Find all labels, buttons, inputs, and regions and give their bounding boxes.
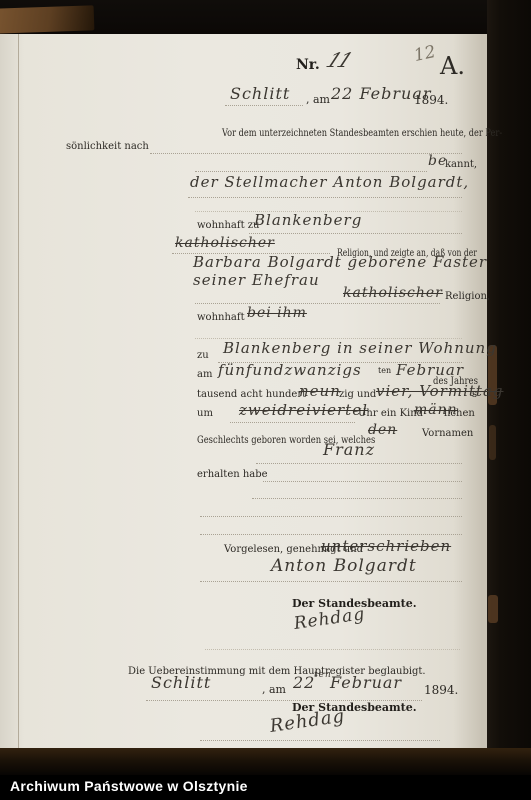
page-fold-crease	[18, 34, 19, 748]
zig-label: zig und	[339, 389, 376, 400]
year-unit-handwritten: vier, Vormittag	[376, 382, 504, 400]
fill-rule	[188, 197, 462, 198]
fill-rule	[263, 481, 462, 482]
fill-rule	[205, 649, 460, 650]
fill-rule	[225, 105, 303, 106]
erhalten-label: erhalten habe	[197, 469, 268, 480]
form-letter: A.	[440, 52, 465, 80]
birthday-handwritten: fünfundzwanzigs	[218, 361, 362, 379]
fill-rule	[200, 516, 462, 517]
residence-label: wohnhaft zu	[197, 220, 259, 231]
residence2-label: wohnhaft	[197, 312, 245, 323]
wife-line-handwritten: seiner Ehefrau	[193, 271, 320, 289]
dateline-year: 1894.	[414, 93, 448, 107]
certification-year: 1894.	[424, 683, 458, 697]
fill-rule	[195, 303, 440, 304]
religion2-handwritten: katholischer	[343, 285, 443, 301]
vornamen-label: Vornamen	[422, 428, 473, 439]
intro-line-1: Vor dem unterzeichneten Standesbeamten e…	[222, 128, 502, 139]
leather-corner	[0, 5, 94, 33]
thousand-label: tausend acht hundert	[197, 389, 306, 400]
dateline-place-handwritten: Schlitt	[230, 84, 290, 103]
certification-date-month: Februar	[330, 673, 402, 692]
unterschrieben-handwritten: unterschrieben	[321, 537, 451, 555]
lichen-label: lichen	[444, 408, 475, 419]
fill-rule	[195, 171, 427, 172]
intro-line-2: sönlichkeit nach	[66, 141, 149, 152]
fill-rule	[230, 422, 355, 423]
certification-am-label: , am	[262, 683, 286, 696]
religion1-handwritten: katholischer	[175, 235, 275, 251]
fill-rule	[252, 498, 462, 499]
time-handwritten: zweidreiviertel	[239, 401, 368, 419]
um-label: um	[197, 408, 213, 419]
archive-caption-bar: Archiwum Państwowe w Olsztynie	[0, 775, 531, 800]
spine-scuff	[489, 425, 496, 460]
certification-date-day: 22	[293, 673, 315, 692]
religion2-suffix: Religion,	[445, 291, 490, 302]
s-label: s	[472, 389, 477, 400]
zu-label: zu	[197, 350, 209, 361]
book-edge-bottom	[0, 748, 531, 775]
residence2-handwritten: bei ihm	[247, 305, 307, 321]
ten-label: ten	[378, 366, 391, 375]
fill-rule	[249, 233, 462, 234]
record-number-label: Nr.	[296, 57, 320, 73]
residence-handwritten: Blankenberg	[254, 211, 362, 229]
birthplace-handwritten: Blankenberg in seiner Wohnung	[223, 339, 497, 357]
archive-caption-text: Archiwum Państwowe w Olsztynie	[10, 778, 248, 794]
dateline-am-label: , am	[306, 93, 330, 106]
article-handwritten: den	[368, 422, 397, 438]
fill-rule	[256, 463, 462, 464]
decade-handwritten: neun	[299, 382, 341, 400]
fill-rule	[200, 740, 440, 741]
am-label: am	[197, 369, 212, 380]
given-name-handwritten: Franz	[323, 440, 375, 459]
fill-rule	[200, 534, 462, 535]
spine-scuff	[488, 595, 498, 623]
declarant-handwritten: der Stellmacher Anton Bolgardt,	[190, 173, 469, 191]
declarant-signature: Anton Bolgardt	[271, 556, 417, 576]
fill-rule	[200, 581, 462, 582]
fill-rule	[150, 153, 462, 154]
mother-handwritten: Barbara Bolgardt geborene Faster	[193, 253, 487, 271]
certification-place-handwritten: Schlitt	[151, 673, 211, 692]
known-suffix: kannt,	[445, 159, 477, 170]
